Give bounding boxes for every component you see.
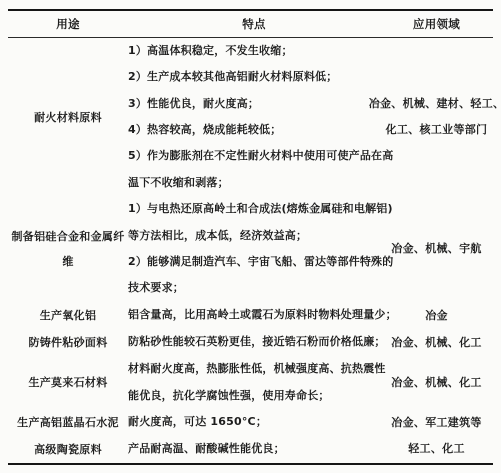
table-row-refractory-raw-material: 耐火材料原料 1）高温体积稳定，不发生收缩； 2）生产成本较其他高铝耐火材料原料…	[8, 38, 493, 196]
features-cell: 1）高温体积稳定，不发生收缩； 2）生产成本较其他高铝耐火材料原料低； 3）性能…	[128, 38, 380, 196]
column-header-application: 应用领域	[380, 11, 493, 37]
table-bottom-rule	[8, 463, 493, 465]
usage-cell: 生产氧化铝	[8, 302, 128, 329]
features-cell: 1）与电热还原高岭土和合成法(熔炼金属硅和电解铝) 等方法相比，成本低，经济效益…	[128, 196, 380, 302]
table-row-group-cement-and-ceramics: 生产高铝蓝晶石水泥 高级陶瓷原料 耐火度高，可达 1650°C； 产品耐高温、耐…	[8, 409, 493, 463]
application-cell: 冶金	[380, 302, 493, 329]
scanned-document-table: 用途 特点 应用领域 耐火材料原料 1）高温体积稳定，不发生收缩； 2）生产成本…	[0, 0, 501, 473]
table-header-row: 用途 特点 应用领域	[8, 11, 493, 37]
table-row-anti-sand-coating: 防铸件粘砂面料 防粘砂性能较石英粉更佳，接近锆石粉而价格低廉； 冶金、机械、化工	[8, 329, 493, 356]
application-cell: 冶金、机械、宇航	[380, 196, 493, 302]
features-cell: 铝含量高，比用高岭土或霞石为原料时物料处理量少；	[128, 302, 380, 329]
column-header-features: 特点	[128, 11, 380, 37]
features-cell: 防粘砂性能较石英粉更佳，接近锆石粉而价格低廉；	[128, 329, 380, 356]
application-cell: 冶金、机械、化工	[380, 356, 493, 409]
application-cell: 冶金、机械、化工	[380, 329, 493, 356]
usage-subcolumn: 生产高铝蓝晶石水泥 高级陶瓷原料	[8, 409, 128, 463]
column-header-usage: 用途	[8, 11, 128, 37]
usage-cell: 生产高铝蓝晶石水泥	[8, 409, 128, 436]
features-cell: 耐火度高，可达 1650°C；	[128, 409, 380, 436]
features-cell: 产品耐高温、耐酸碱性能优良；	[128, 436, 380, 463]
table-body: 耐火材料原料 1）高温体积稳定，不发生收缩； 2）生产成本较其他高铝耐火材料原料…	[8, 38, 493, 463]
application-cell-merged: 冶金、军工建筑等 轻工、化工	[380, 409, 493, 463]
usage-cell: 防铸件粘砂面料	[8, 329, 128, 356]
application-cell: 冶金、机械、建材、轻工、 化工、核工业等部门	[380, 38, 493, 196]
table-row-al-si-alloy-metal-fiber: 制备铝硅合金和金属纤 维 1）与电热还原高岭土和合成法(熔炼金属硅和电解铝) 等…	[8, 196, 493, 302]
table-row-alumina-production: 生产氧化铝 铝含量高，比用高岭土或霞石为原料时物料处理量少； 冶金	[8, 302, 493, 329]
usage-cell: 生产莫来石材料	[8, 356, 128, 409]
features-subcolumn: 耐火度高，可达 1650°C； 产品耐高温、耐酸碱性能优良；	[128, 409, 380, 463]
usage-cell: 高级陶瓷原料	[8, 436, 128, 463]
table: 用途 特点 应用领域 耐火材料原料 1）高温体积稳定，不发生收缩； 2）生产成本…	[8, 9, 493, 465]
features-cell: 材料耐火度高，热膨胀性低，机械强度高、抗热震性 能优良，抗化学腐蚀性强，使用寿命…	[128, 356, 380, 409]
usage-cell: 制备铝硅合金和金属纤 维	[8, 196, 128, 302]
table-row-mullite-material: 生产莫来石材料 材料耐火度高，热膨胀性低，机械强度高、抗热震性 能优良，抗化学腐…	[8, 356, 493, 409]
usage-cell: 耐火材料原料	[8, 38, 128, 196]
